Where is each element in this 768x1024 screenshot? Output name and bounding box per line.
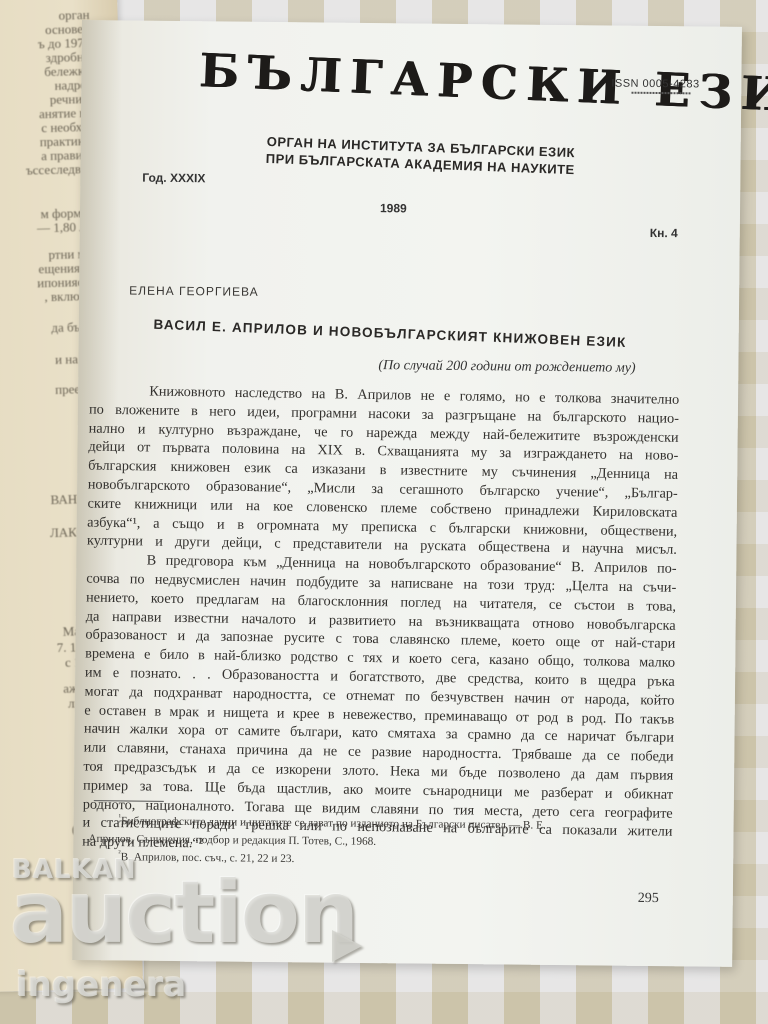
article-author: ЕЛЕНА ГЕОРГИЕВА — [129, 284, 259, 299]
footnote-text: Априлов, Съчинения, подбор и редакция П.… — [88, 833, 376, 848]
footnote-text: В. Априлов, пос. съч., с. 21, 22 и 23. — [121, 851, 295, 865]
journal-page: БЪЛГАРСКИ ЕЗИК ISSN 0005-4283 ОРГАН НА И… — [72, 20, 742, 967]
issue-label: Кн. 4 — [650, 226, 678, 240]
article-subtitle: (По случай 200 години от рождението му) — [378, 358, 635, 377]
year-label: 1989 — [380, 201, 407, 215]
volume-label: Год. XXXIX — [142, 171, 205, 186]
footnotes: ¹Библиографските данни и цитатите се дав… — [88, 810, 629, 869]
page-number: 295 — [638, 891, 659, 907]
publisher-organ: ОРГАН НА ИНСТИТУТА ЗА БЪЛГАРСКИ ЕЗИК ПРИ… — [250, 132, 591, 178]
issn-number: ISSN 0005-4283 — [611, 78, 699, 91]
article-title: ВАСИЛ Е. АПРИЛОВ И НОВОБЪЛГАРСКИЯТ КНИЖО… — [153, 317, 626, 350]
article-body: Книжовното наследство на В. Априлов не е… — [82, 382, 679, 861]
